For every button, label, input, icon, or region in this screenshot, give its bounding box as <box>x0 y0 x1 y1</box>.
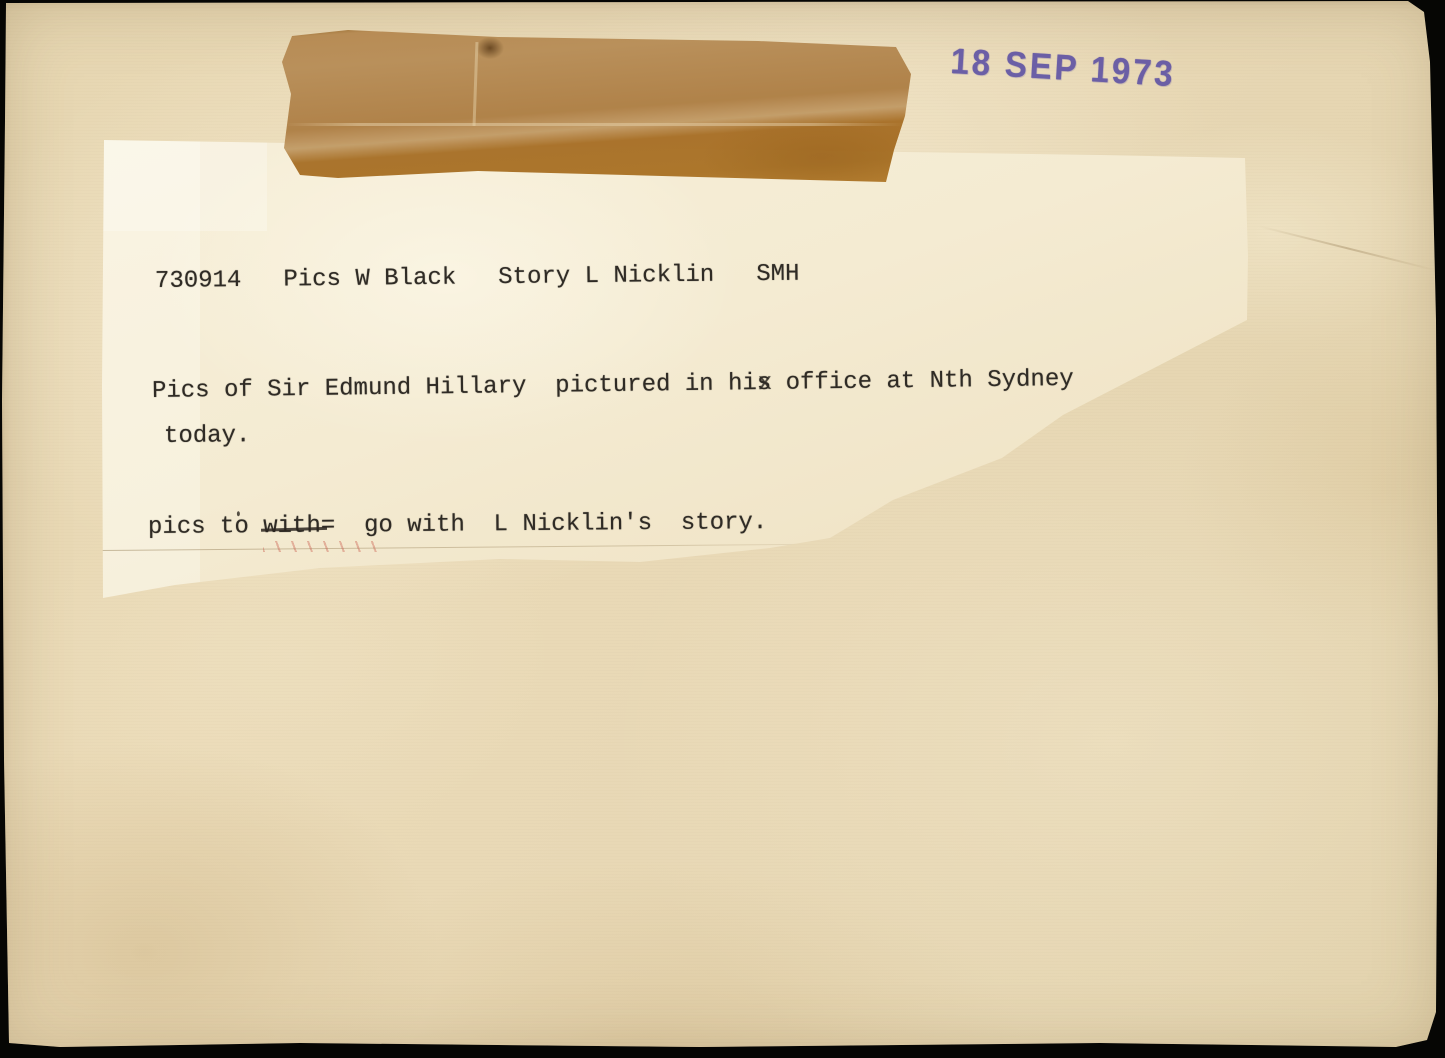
caption-text-line2: today. <box>164 423 251 450</box>
overtype-over-char: x <box>758 371 773 398</box>
stray-type-mark <box>237 511 240 516</box>
tape-scratch-mark <box>473 42 479 126</box>
reference-number: 730914 <box>155 268 242 295</box>
note-line: pics to with= go with L Nicklin's story. <box>148 510 768 541</box>
agency-name: SMH <box>756 262 800 289</box>
overtyped-character: sx <box>757 371 772 398</box>
credit-line: 730914 Pics W Black Story L Nicklin SMH <box>155 262 800 296</box>
story-credit: Story L Nicklin <box>498 263 714 292</box>
photo-verso-scan: 730914 Pics W Black Story L Nicklin SMH … <box>0 0 1445 1058</box>
note-post: go with L Nicklin's story. <box>335 509 767 539</box>
label-underlay-corner <box>100 136 267 231</box>
tape-crease-line <box>284 123 904 126</box>
note-pre: pics to <box>148 513 263 541</box>
paper-crease-line <box>1258 225 1438 272</box>
masking-tape <box>278 28 918 190</box>
struck-word: with <box>263 514 321 541</box>
caption-text-line: Pics of Sir Edmund Hillary pictured in h… <box>152 367 1074 405</box>
pics-credit: Pics W Black <box>283 266 456 294</box>
red-tick-marks <box>263 541 381 552</box>
caption-text-pre: Pics of Sir Edmund Hillary pictured in h… <box>152 370 757 405</box>
caption-text-post: office at Nth Sydney <box>771 366 1074 397</box>
